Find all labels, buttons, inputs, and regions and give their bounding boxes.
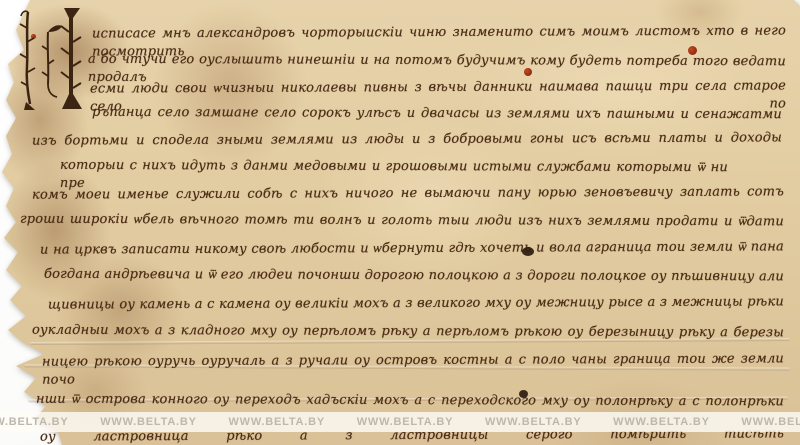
watermark-band: WWW.BELTA.BY WWW.BELTA.BY WWW.BELTA.BY W…: [0, 412, 800, 432]
watermark-text: WWW.BELTA.BY: [613, 416, 710, 428]
watermark-text: WWW.BELTA.BY: [357, 416, 454, 428]
manuscript-photo: исписасе мнъ александровъ чорторыискіи ч…: [0, 0, 800, 445]
manuscript-line: нши ѿ острова конного оу переходъ хадъск…: [36, 391, 784, 413]
watermark-text: WWW.BELTA.BY: [0, 416, 69, 428]
watermark-text: WWW.BELTA.BY: [100, 416, 197, 428]
red-wax-dot: [524, 68, 532, 76]
manuscript-line: и на црквъ записати никому своѣ любости …: [40, 238, 784, 260]
manuscript-line: а бо чтучи его оуслышить нинешніи и на п…: [88, 51, 786, 72]
manuscript-line: комъ моеи именье служили собѣ с нихъ нич…: [32, 183, 784, 205]
manuscript-line: исписасе мнъ александровъ чорторыискіи ч…: [92, 22, 786, 44]
manuscript-line: изъ бортьми и сподела зными землями из л…: [32, 129, 782, 151]
manuscript-line: которыи с нихъ идуть з данми медовыми и …: [60, 157, 728, 178]
manuscript-line: есми люди свои ѡчизныи николаевы пивны з…: [90, 77, 786, 99]
manuscript-line: гроши широкіи ѡбель вѣчного томѣ ти волн…: [20, 211, 784, 233]
manuscript-line: ръпанца село замшане село сорокъ улѣсъ и…: [92, 104, 782, 125]
illuminated-initial: [16, 6, 88, 118]
red-wax-dot: [688, 46, 697, 55]
manuscript-line: оукладныи мохъ а з кладного мху оу перѣл…: [32, 322, 784, 344]
watermark-text: WWW.BELTA.BY: [228, 416, 325, 428]
ink-blot: [519, 390, 528, 398]
manuscript-line: ницею рѣкою оуручь оуручаль а з ручали о…: [42, 350, 784, 372]
manuscript-line: щивницы оу камень а с камена оу великіи …: [48, 293, 784, 315]
ink-blot: [522, 247, 534, 256]
manuscript-line: богдана андрѣевича и ѿ его людеи почонши…: [44, 266, 784, 288]
watermark-text: WWW.BELTA.BY: [741, 416, 800, 428]
watermark-text: WWW.BELTA.BY: [485, 416, 582, 428]
